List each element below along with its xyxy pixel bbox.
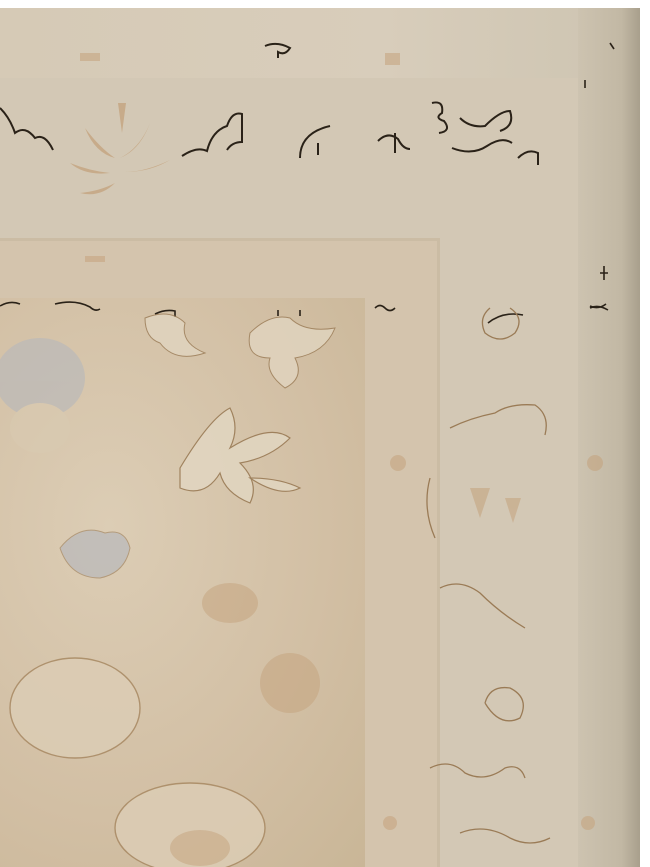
- palmette-motif: [70, 103, 170, 194]
- rug-photo: [0, 0, 650, 867]
- rug: [0, 8, 640, 867]
- lotus-blossom-motif: [180, 408, 300, 503]
- serrated-rosette-motif: [10, 658, 265, 867]
- rug-motifs: [0, 8, 640, 867]
- flower-motif: [145, 314, 335, 388]
- rosette-motif: [0, 338, 85, 453]
- border-vine-motifs: [427, 308, 550, 843]
- dark-outline-motifs: [0, 44, 538, 165]
